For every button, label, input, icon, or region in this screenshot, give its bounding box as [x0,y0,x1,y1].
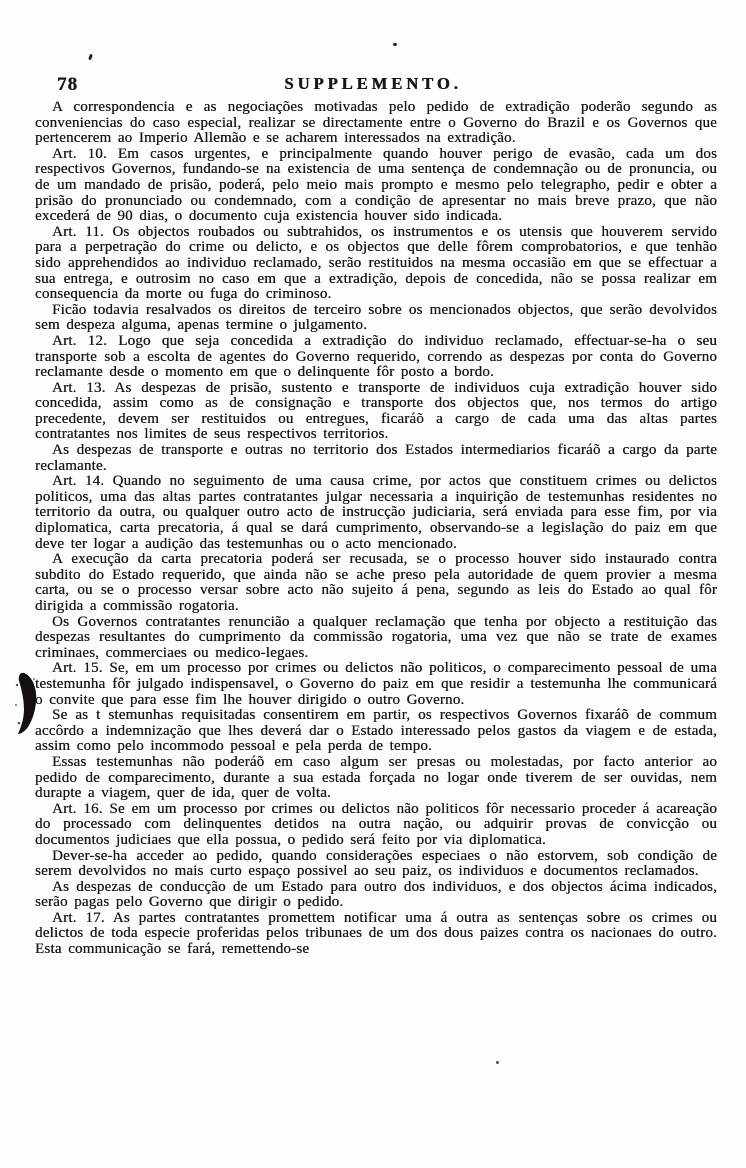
page-title: SUPPLEMENTO. [0,74,746,94]
paragraph: Art. 15. Se, em um processo por crimes o… [35,661,717,708]
ink-speck [393,43,397,46]
paragraph: Art. 13. As despezas de prisão, sustento… [35,381,717,443]
paragraph: Se as t stemunhas requisitadas consentir… [35,708,717,755]
paragraph: Art. 12. Logo que seja concedida a extra… [35,334,717,381]
paragraph: Art. 10. Em casos urgentes, e principalm… [35,147,717,225]
paragraph: Dever-se-ha acceder ao pedido, quando co… [35,849,717,880]
paragraph: As despezas de transporte e outras no te… [35,443,717,474]
ink-speck [88,54,93,61]
document-body: A correspondencia e as negociações motiv… [35,100,717,958]
ink-speck [575,852,577,854]
paragraph: Os Governos contratantes renuncião a qua… [35,615,717,662]
paragraph: As despezas de conducção de um Estado pa… [35,880,717,911]
paragraph: A correspondencia e as negociações motiv… [35,100,717,147]
paragraph: Art. 14. Quando no seguimento de uma cau… [35,474,717,552]
paragraph: Art. 11. Os objectos roubados ou subtrah… [35,225,717,303]
page-header: 78 SUPPLEMENTO. [0,72,746,98]
document-page: 78 SUPPLEMENTO. A correspondencia e as n… [0,0,746,1168]
ink-speck [496,1061,499,1064]
ink-blot-icon [11,671,41,737]
paragraph: Art. 16. Se em um processo por crimes ou… [35,802,717,849]
paragraph: Ficão todavia resalvados os direitos de … [35,303,717,334]
paragraph: Essas testemunhas não poderáõ em caso al… [35,755,717,802]
paragraph: A execução da carta precatoria poderá se… [35,552,717,614]
paragraph: Art. 17. As partes contratantes promette… [35,911,717,958]
